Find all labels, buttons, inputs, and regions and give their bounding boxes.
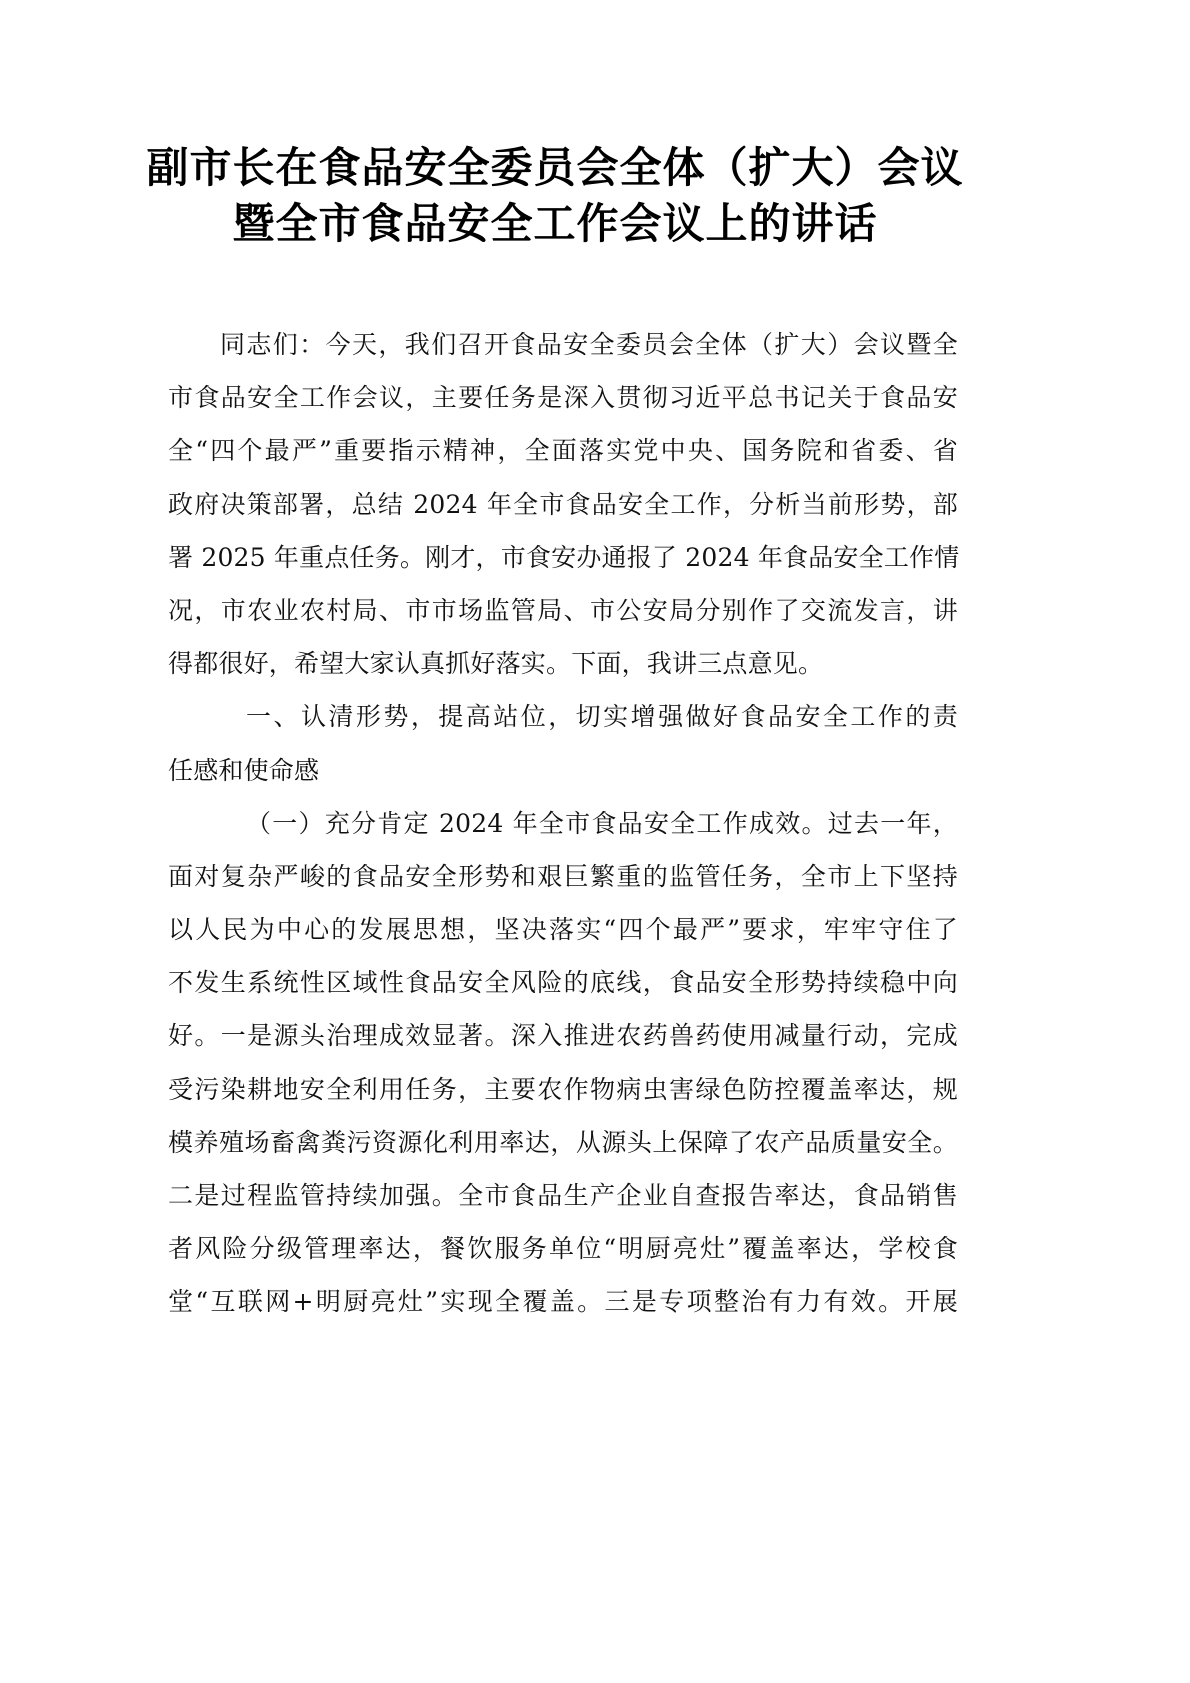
paragraph-opening: 同志们：今天，我们召开食品安全委员会全体（扩大）会议暨全 市食品安全工作会议，主… [168, 318, 958, 690]
text-line: 好。一是源头治理成效显著。深入推进农药兽药使用减量行动，完成 [168, 1009, 958, 1062]
text-line: 受污染耕地安全利用任务，主要农作物病虫害绿色防控覆盖率达，规 [168, 1063, 958, 1116]
text-line: 堂“互联网+明厨亮灶”实现全覆盖。三是专项整治有力有效。开展 [168, 1275, 958, 1328]
heading-line: 一、认清形势，提高站位，切实增强做好食品安全工作的责 [168, 690, 958, 743]
text-line: 同志们：今天，我们召开食品安全委员会全体（扩大）会议暨全 [168, 318, 958, 371]
text-line: 得都很好，希望大家认真抓好落实。下面，我讲三点意见。 [168, 637, 958, 690]
title-line-2: 暨全市食品安全工作会议上的讲话 [0, 196, 1110, 252]
document-page: 副市长在食品安全委员会全体（扩大）会议 暨全市食品安全工作会议上的讲话 同志们：… [0, 0, 1190, 1683]
paragraph-section-1-1: （一）充分肯定 2024 年全市食品安全工作成效。过去一年， 面对复杂严峻的食品… [168, 797, 958, 1329]
text-line: 况，市农业农村局、市市场监管局、市公安局分别作了交流发言，讲 [168, 584, 958, 637]
section-heading-1: 一、认清形势，提高站位，切实增强做好食品安全工作的责 任感和使命感 [168, 690, 958, 796]
text-line: 全“四个最严”重要指示精神，全面落实党中央、国务院和省委、省 [168, 424, 958, 477]
text-line: 署 2025 年重点任务。刚才，市食安办通报了 2024 年食品安全工作情 [168, 531, 958, 584]
text-line: 以人民为中心的发展思想，坚决落实“四个最严”要求，牢牢守住了 [168, 903, 958, 956]
text-line: 者风险分级管理率达，餐饮服务单位“明厨亮灶”覆盖率达，学校食 [168, 1222, 958, 1275]
heading-line: 任感和使命感 [168, 744, 958, 797]
text-line: 模养殖场畜禽粪污资源化利用率达，从源头上保障了农产品质量安全。 [168, 1116, 958, 1169]
title-line-1: 副市长在食品安全委员会全体（扩大）会议 [0, 140, 1110, 196]
document-body: 同志们：今天，我们召开食品安全委员会全体（扩大）会议暨全 市食品安全工作会议，主… [168, 318, 958, 1329]
text-line: 政府决策部署，总结 2024 年全市食品安全工作，分析当前形势，部 [168, 478, 958, 531]
text-line: 不发生系统性区域性食品安全风险的底线，食品安全形势持续稳中向 [168, 956, 958, 1009]
document-title: 副市长在食品安全委员会全体（扩大）会议 暨全市食品安全工作会议上的讲话 [0, 140, 1110, 252]
text-line: 市食品安全工作会议，主要任务是深入贯彻习近平总书记关于食品安 [168, 371, 958, 424]
text-line: 面对复杂严峻的食品安全形势和艰巨繁重的监管任务，全市上下坚持 [168, 850, 958, 903]
text-line: （一）充分肯定 2024 年全市食品安全工作成效。过去一年， [168, 797, 958, 850]
text-line: 二是过程监管持续加强。全市食品生产企业自查报告率达，食品销售 [168, 1169, 958, 1222]
